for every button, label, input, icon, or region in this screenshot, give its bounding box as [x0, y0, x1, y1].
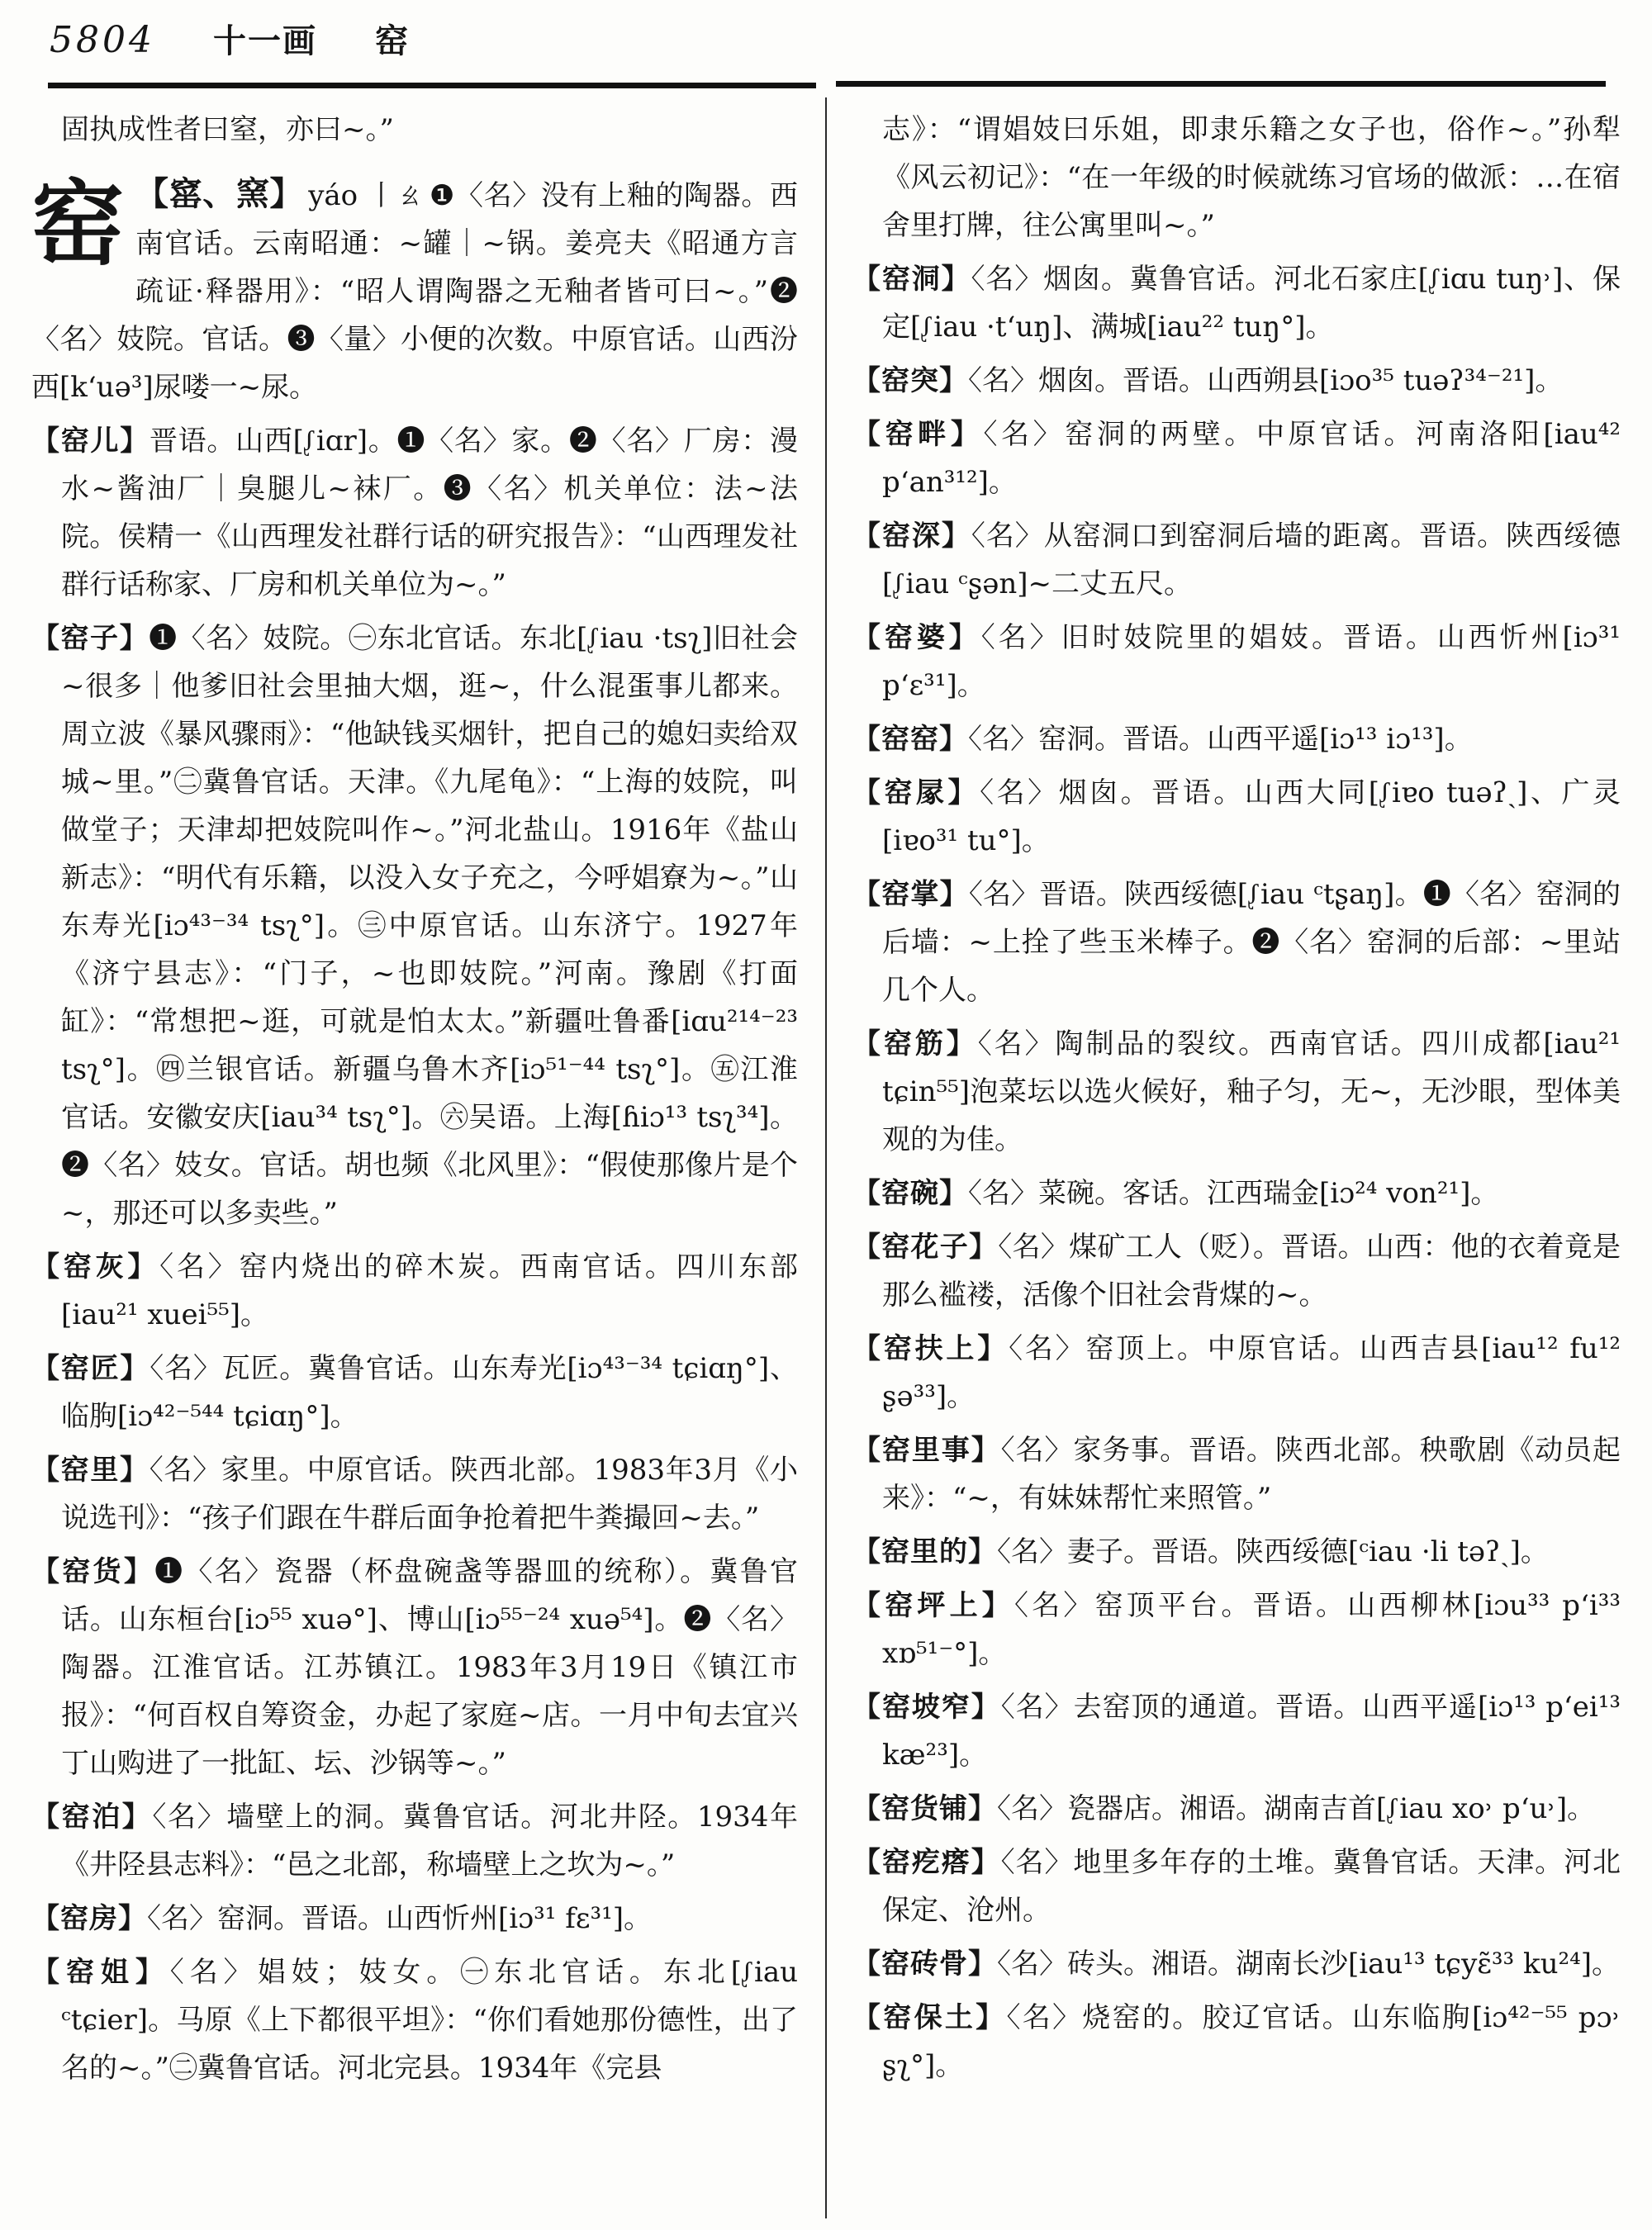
entry-headword: 【窑坡窄】 [852, 1691, 1001, 1724]
entry-headword: 【窑货】 [31, 1555, 154, 1588]
entry-body: 〈名〉烟囱。冀鲁官话。河北石家庄[ᶘiɑu tuŋ˒]、保定[ᶘiau ·tʻu… [882, 263, 1621, 344]
entry-body: 〈名〉家里。中原官话。陕西北部。1983年3月《小说选刊》：“孩子们跟在牛群后面… [61, 1454, 798, 1535]
dict-entry: 【窑保土】〈名〉烧窑的。胶辽官话。山东临朐[iɔ⁴²⁻⁵⁵ pɔ˒ ʂʅ°]。 [852, 1994, 1621, 2090]
dict-entry: 【窑花子】〈名〉煤矿工人（贬）。晋语。山西：他的衣着竟是那么褴褛，活像个旧社会背… [852, 1223, 1621, 1319]
entry-headword: 【窑房】 [31, 1902, 147, 1935]
dict-entry: 【窑疙瘩】〈名〉地里多年存的土堆。冀鲁官话。天津。河北保定、沧州。 [852, 1839, 1621, 1934]
entry-headword: 【窑砖骨】 [852, 1948, 997, 1981]
entry-body: 〈名〉烟囱。晋语。山西大同[ᶘiɐo tuəʔˎ]、广灵[iɐo³¹ tu°]。 [882, 776, 1621, 857]
entry-body: 〈名〉陶制品的裂纹。西南官话。四川成都[iau²¹ tɕin⁵⁵]泡菜坛以选火候… [882, 1027, 1621, 1156]
entry-headword: 【窑里的】 [852, 1535, 997, 1568]
main-entry-variants: 【窰、窯】 [135, 174, 303, 213]
dict-entry: 【窑里】〈名〉家里。中原官话。陕西北部。1983年3月《小说选刊》：“孩子们跟在… [31, 1446, 798, 1542]
entry-body: 〈名〉娼妓；妓女。㊀东北官话。东北[ᶘiau ᶜtɕier]。马原《上下都很平坦… [61, 1956, 798, 2085]
entry-headword: 【窑掌】 [852, 878, 969, 911]
entry-headword: 【窑儿】 [31, 425, 150, 458]
dict-entry: 【窑筋】〈名〉陶制品的裂纹。西南官话。四川成都[iau²¹ tɕin⁵⁵]泡菜坛… [852, 1020, 1621, 1164]
right-column: 志》：“谓娼妓曰乐姐，即隶乐籍之女子也，俗作~。”孙犁《风云初记》：“在一年级的… [852, 106, 1621, 2222]
dict-entry: 【窑匠】〈名〉瓦匠。冀鲁官话。山东寿光[iɔ⁴³⁻³⁴ tɕiɑŋ°]、临朐[i… [31, 1345, 798, 1440]
dict-entry: 【窑儿】晋语。山西[ᶘiɑr]。❶〈名〉家。❷〈名〉厂房：漫水~酱油厂｜臭腿儿~… [31, 417, 798, 609]
entry-body: 〈名〉窑洞。晋语。山西平遥[iɔ¹³ iɔ¹³]。 [968, 723, 1473, 756]
entry-headword: 【窑花子】 [852, 1231, 998, 1264]
dict-entry: 【窑姐】〈名〉娼妓；妓女。㊀东北官话。东北[ᶘiau ᶜtɕier]。马原《上下… [31, 1948, 798, 2092]
entry-body: 〈名〉瓷器店。湘语。湖南吉首[ᶘiau xo˒ pʻu˒]。 [997, 1792, 1595, 1825]
entry-body: 〈名〉窑内烧出的碎木炭。西南官话。四川东部[iau²¹ xuei⁵⁵]。 [61, 1250, 798, 1331]
dictionary-page: 5804 十一画 窑 固执成性者曰窒，亦曰~。” 窑【窰、窯】yáo 丨ㄠ❶〈名… [0, 0, 1652, 2230]
dict-entry: 【窑货】❶〈名〉瓷器（杯盘碗盏等器皿的统称）。冀鲁官话。山东桓台[iɔ⁵⁵ xu… [31, 1548, 798, 1787]
entry-headword: 【窑保土】 [852, 2001, 1006, 2034]
entry-headword: 【窑匠】 [31, 1352, 150, 1385]
entry-body: 〈名〉妻子。晋语。陕西绥德[ᶜiau ·li təʔˎ]。 [997, 1535, 1549, 1568]
entry-body: 〈名〉墙壁上的洞。冀鲁官话。河北井陉。1934年《井陉县志料》：“邑之北部，称墙… [61, 1801, 798, 1881]
entry-headword: 【窑灰】 [31, 1250, 159, 1283]
entry-body: 〈名〉瓦匠。冀鲁官话。山东寿光[iɔ⁴³⁻³⁴ tɕiɑŋ°]、临朐[iɔ⁴²⁻… [61, 1352, 798, 1433]
entry-headword: 【窑洞】 [852, 263, 971, 296]
dict-entry: 【窑砖骨】〈名〉砖头。湘语。湖南长沙[iau¹³ tɕyɛ̃³³ ku²⁴]。 [852, 1940, 1621, 1988]
section-head-character: 窑 [375, 15, 410, 62]
entry-body: 〈名〉晋语。陕西绥德[ᶘiau ᶜtʂaŋ]。❶〈名〉窑洞的后墙：~上拴了些玉米… [882, 878, 1621, 1007]
entry-headword: 【窑里事】 [852, 1434, 1001, 1467]
entry-body: 〈名〉砖头。湘语。湖南长沙[iau¹³ tɕyɛ̃³³ ku²⁴]。 [997, 1948, 1620, 1981]
entry-headword: 【窑筋】 [852, 1027, 978, 1060]
main-entry-phonetic: yáo 丨ㄠ [303, 179, 430, 212]
dict-entry: 【窑窑】〈名〉窑洞。晋语。山西平遥[iɔ¹³ iɔ¹³]。 [852, 715, 1621, 763]
dict-entry: 【窑畔】〈名〉窑洞的两壁。中原官话。河南洛阳[iau⁴² pʻan³¹²]。 [852, 410, 1621, 506]
dict-entry: 【窑里事】〈名〉家务事。晋语。陕西北部。秧歌剧《动员起来》：“~，有妹妹帮忙来照… [852, 1426, 1621, 1522]
dict-entry: 【窑泊】〈名〉墙壁上的洞。冀鲁官话。河北井陉。1934年《井陉县志料》：“邑之北… [31, 1793, 798, 1889]
entry-headword: 【窑泊】 [31, 1801, 152, 1834]
dict-entry: 【窑碗】〈名〉菜碗。客话。江西瑞金[iɔ²⁴ von²¹]。 [852, 1170, 1621, 1217]
header-rule-right [836, 81, 1606, 87]
dict-entry: 【窑㞘】〈名〉烟囱。晋语。山西大同[ᶘiɐo tuəʔˎ]、广灵[iɐo³¹ t… [852, 769, 1621, 865]
dict-entry: 【窑子】❶〈名〉妓院。㊀东北官话。东北[ᶘiau ·tsʅ]旧社会~很多｜他爹旧… [31, 614, 798, 1237]
dict-entry: 【窑洞】〈名〉烟囱。冀鲁官话。河北石家庄[ᶘiɑu tuŋ˒]、保定[ᶘiau … [852, 255, 1621, 351]
page-number: 5804 [50, 19, 155, 61]
entry-body: ❶〈名〉妓院。㊀东北官话。东北[ᶘiau ·tsʅ]旧社会~很多｜他爹旧社会里抽… [61, 622, 798, 1230]
dict-entry: 【窑灰】〈名〉窑内烧出的碎木炭。西南官话。四川东部[iau²¹ xuei⁵⁵]。 [31, 1243, 798, 1339]
column-divider [825, 97, 827, 2218]
entry-headword: 【窑货铺】 [852, 1792, 997, 1825]
dict-entry: 【窑突】〈名〉烟囱。晋语。山西朔县[iɔo³⁵ tuəʔ³⁴⁻²¹]。 [852, 357, 1621, 405]
dict-entry: 【窑深】〈名〉从窑洞口到窑洞后墙的距离。晋语。陕西绥德[ᶘiau ᶜʂən]~二… [852, 512, 1621, 608]
entry-headword: 【窑子】 [31, 622, 149, 655]
entry-headword: 【窑窑】 [852, 723, 968, 756]
entry-body: 〈名〉菜碗。客话。江西瑞金[iɔ²⁴ von²¹]。 [968, 1177, 1498, 1210]
entry-headword: 【窑疙瘩】 [852, 1846, 1001, 1879]
dict-entry: 【窑扶上】〈名〉窑顶上。中原官话。山西吉县[iau¹² fu¹² ʂə³³]。 [852, 1325, 1621, 1421]
entry-body: 晋语。山西[ᶘiɑr]。❶〈名〉家。❷〈名〉厂房：漫水~酱油厂｜臭腿儿~袜厂。❸… [61, 425, 798, 601]
entry-headword: 【窑里】 [31, 1454, 150, 1487]
left-column: 固执成性者曰窒，亦曰~。” 窑【窰、窯】yáo 丨ㄠ❶〈名〉没有上釉的陶器。西南… [31, 106, 798, 2222]
dict-entry: 【窑里的】〈名〉妻子。晋语。陕西绥德[ᶜiau ·li təʔˎ]。 [852, 1528, 1621, 1576]
right-entries: 【窑洞】〈名〉烟囱。冀鲁官话。河北石家庄[ᶘiɑu tuŋ˒]、保定[ᶘiau … [852, 255, 1621, 2090]
entry-body: ❶〈名〉瓷器（杯盘碗盏等器皿的统称）。冀鲁官话。山东桓台[iɔ⁵⁵ xuə°]、… [61, 1555, 798, 1780]
carryover-text: 志》：“谓娼妓曰乐姐，即隶乐籍之女子也，俗作~。”孙犁《风云初记》：“在一年级的… [852, 106, 1621, 249]
header-rule-left [48, 83, 816, 88]
dict-entry: 【窑坡窄】〈名〉去窑顶的通道。晋语。山西平遥[iɔ¹³ pʻei¹³ kæ²³]… [852, 1683, 1621, 1779]
entry-headword: 【窑扶上】 [852, 1332, 1009, 1365]
entry-headword: 【窑坪上】 [852, 1589, 1014, 1622]
entry-body: 〈名〉窑洞的两壁。中原官话。河南洛阳[iau⁴² pʻan³¹²]。 [882, 418, 1621, 499]
left-entries: 【窑儿】晋语。山西[ᶘiɑr]。❶〈名〉家。❷〈名〉厂房：漫水~酱油厂｜臭腿儿~… [31, 417, 798, 2092]
entry-body: 〈名〉从窑洞口到窑洞后墙的距离。晋语。陕西绥德[ᶘiau ᶜʂən]~二丈五尺。 [882, 520, 1621, 600]
carryover-text: 固执成性者曰窒，亦曰~。” [31, 106, 798, 154]
entry-body: 〈名〉窑洞。晋语。山西忻州[iɔ³¹ fɛ³¹]。 [147, 1902, 652, 1935]
entry-headword: 【窑㞘】 [852, 776, 980, 809]
entry-headword: 【窑深】 [852, 520, 971, 553]
dict-entry: 【窑坪上】〈名〉窑顶平台。晋语。山西柳林[iɔu³³ pʻi³³ xɒ⁵¹⁻°]… [852, 1582, 1621, 1677]
dict-entry: 【窑掌】〈名〉晋语。陕西绥德[ᶘiau ᶜtʂaŋ]。❶〈名〉窑洞的后墙：~上拴… [852, 871, 1621, 1014]
stroke-count-section: 十一画 [213, 15, 317, 62]
main-entry-yao: 窑【窰、窯】yáo 丨ㄠ❶〈名〉没有上釉的陶器。西南官话。云南昭通：~罐｜~锅。… [31, 170, 798, 411]
dict-entry: 【窑房】〈名〉窑洞。晋语。山西忻州[iɔ³¹ fɛ³¹]。 [31, 1895, 798, 1943]
entry-headword: 【窑姐】 [31, 1956, 170, 1989]
dict-entry: 【窑货铺】〈名〉瓷器店。湘语。湖南吉首[ᶘiau xo˒ pʻu˒]。 [852, 1785, 1621, 1833]
dict-entry: 【窑婆】〈名〉旧时妓院里的娼妓。晋语。山西忻州[iɔ³¹ pʻɛ³¹]。 [852, 614, 1621, 709]
entry-headword: 【窑畔】 [852, 418, 983, 451]
main-entry-headchar: 窑 [31, 178, 124, 271]
page-header: 5804 十一画 窑 [50, 15, 1602, 62]
entry-headword: 【窑婆】 [852, 621, 981, 654]
entry-body: 〈名〉旧时妓院里的娼妓。晋语。山西忻州[iɔ³¹ pʻɛ³¹]。 [882, 621, 1621, 702]
entry-body: 〈名〉烟囱。晋语。山西朔县[iɔo³⁵ tuəʔ³⁴⁻²¹]。 [968, 364, 1563, 397]
entry-headword: 【窑碗】 [852, 1177, 968, 1210]
entry-headword: 【窑突】 [852, 364, 968, 397]
